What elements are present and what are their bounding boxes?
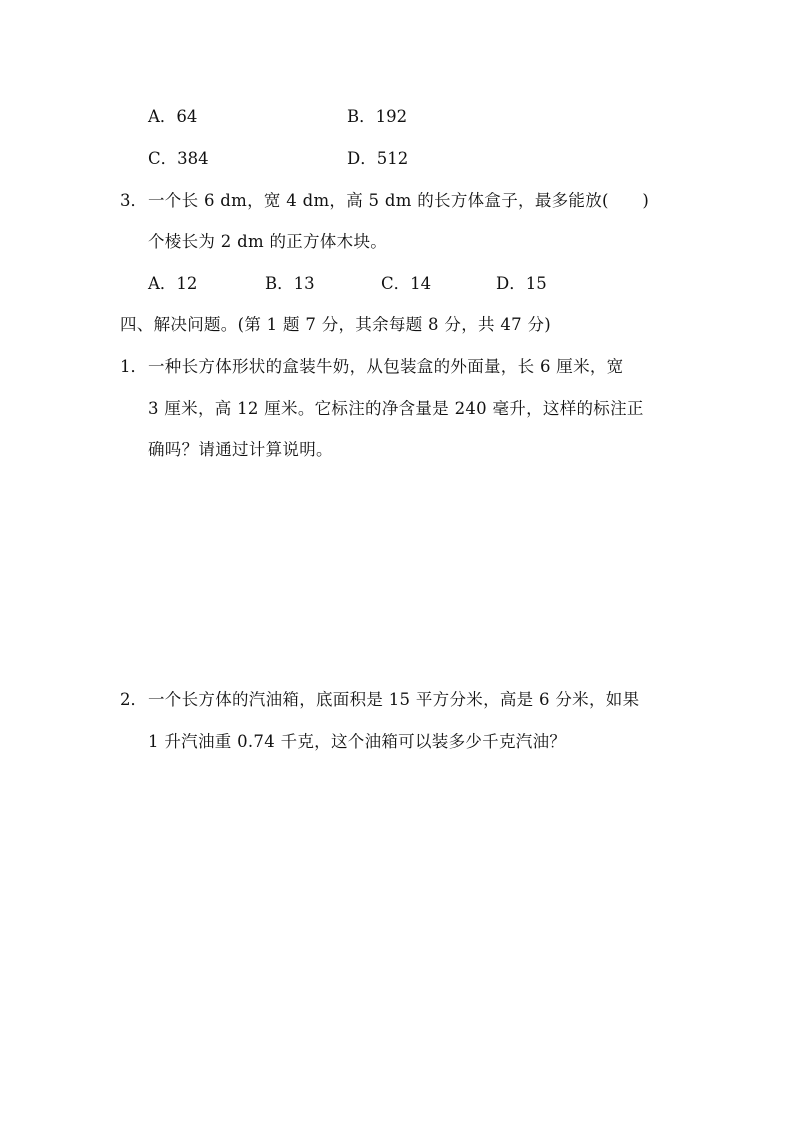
option-a: A．12 bbox=[148, 273, 197, 295]
option-b: B．13 bbox=[265, 273, 315, 295]
question-text-line: 一个长 6 dm，宽 4 dm，高 5 dm 的长方体盒子，最多能放( ) bbox=[148, 190, 649, 212]
problem-text-line: 一个长方体的汽油箱，底面积是 15 平方分米，高是 6 分米，如果 bbox=[148, 689, 639, 711]
problem-text-line: 3 厘米，高 12 厘米。它标注的净含量是 240 毫升，这样的标注正 bbox=[148, 398, 644, 420]
answer-space-1 bbox=[120, 470, 680, 670]
problem-text-line: 一种长方体形状的盒装牛奶，从包装盒的外面量，长 6 厘米，宽 bbox=[148, 356, 624, 378]
problem-number: 2． bbox=[120, 689, 147, 711]
question-text-line: 个棱长为 2 dm 的正方体木块。 bbox=[148, 231, 387, 253]
answer-space-2 bbox=[120, 770, 680, 1070]
question-number: 3． bbox=[120, 190, 147, 212]
option-b: B．192 bbox=[347, 106, 407, 128]
option-c: C．14 bbox=[381, 273, 431, 295]
section-heading: 四、解决问题。(第 1 题 7 分，其余每题 8 分，共 47 分) bbox=[120, 314, 551, 336]
problem-number: 1． bbox=[120, 356, 147, 378]
option-d: D．15 bbox=[496, 273, 547, 295]
option-a: A．64 bbox=[148, 106, 197, 128]
option-d: D．512 bbox=[347, 148, 408, 170]
option-c: C．384 bbox=[148, 148, 209, 170]
problem-text-line: 1 升汽油重 0.74 千克，这个油箱可以装多少千克汽油？ bbox=[148, 731, 566, 753]
problem-text-line: 确吗？请通过计算说明。 bbox=[148, 439, 333, 461]
